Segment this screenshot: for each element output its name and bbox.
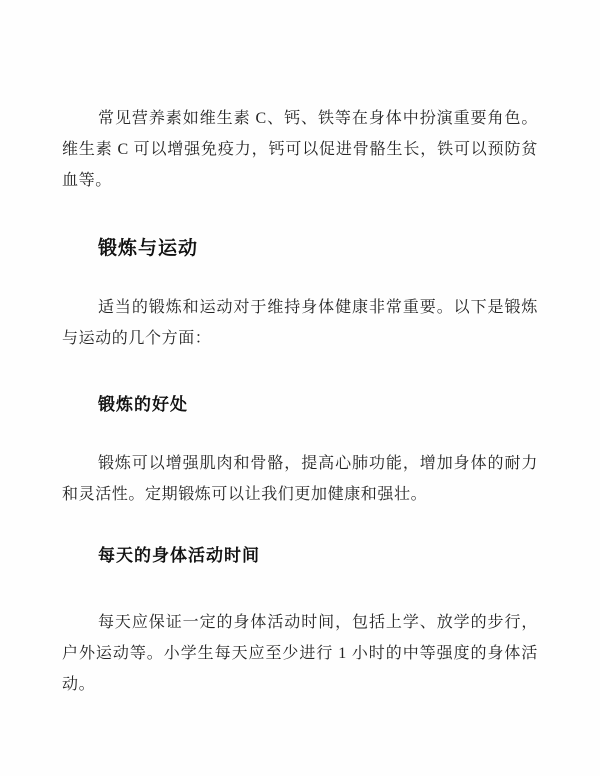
subsection-heading-benefits: 锻炼的好处 [98,391,538,419]
section-heading-exercise: 锻炼与运动 [98,234,538,264]
subsection-paragraph-daily-activity: 每天应保证一定的身体活动时间，包括上学、放学的步行，户外运动等。小学生每天应至少… [62,607,538,700]
section-intro-paragraph: 适当的锻炼和运动对于维持身体健康非常重要。以下是锻炼与运动的几个方面： [62,292,538,354]
subsection-heading-daily-activity: 每天的身体活动时间 [98,542,538,570]
document-page: 常见营养素如维生素 C、钙、铁等在身体中扮演重要角色。维生素 C 可以增强免疫力… [0,0,600,776]
document-viewport: { "page": { "background_color": "#fefefe… [0,0,600,776]
subsection-paragraph-benefits: 锻炼可以增强肌肉和骨骼，提高心肺功能，增加身体的耐力和灵活性。定期锻炼可以让我们… [62,448,538,510]
intro-paragraph: 常见营养素如维生素 C、钙、铁等在身体中扮演重要角色。维生素 C 可以增强免疫力… [62,103,538,196]
